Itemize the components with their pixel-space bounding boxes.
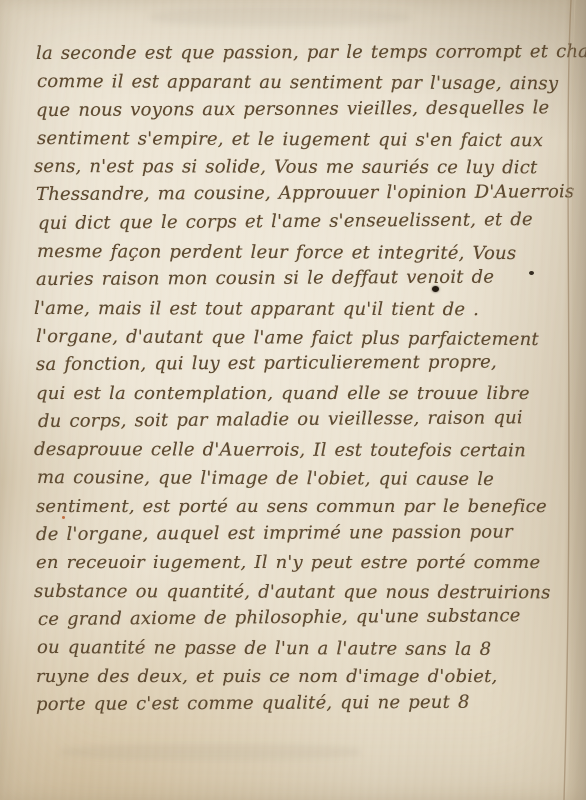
ink-speck (529, 271, 534, 275)
manuscript-line: qui dict que le corps et l'ame s'enseuel… (38, 206, 572, 238)
verso-show-through (150, 8, 410, 26)
manuscript-line: sa fonction, qui luy est particulieremen… (36, 348, 570, 379)
manuscript-line: desaprouue celle d'Auerrois, Il est tout… (34, 436, 568, 466)
manuscript-line: ruyne des deux, et puis ce nom d'image d… (36, 663, 570, 691)
manuscript-line: sentiment s'empire, et le iugement qui s… (37, 125, 571, 156)
verso-show-through (60, 744, 360, 760)
handwritten-text-block: la seconde est que passion, par le temps… (36, 40, 570, 719)
page-right-edge-shadow (564, 0, 586, 800)
manuscript-line: ce grand axiome de philosophie, qu'une s… (38, 602, 572, 634)
manuscript-line: ma cousine, que l'image de l'obiet, qui … (37, 464, 571, 495)
manuscript-line: en receuoir iugement, Il n'y peut estre … (36, 549, 570, 577)
manuscript-line: l'ame, mais il est tout apparant qu'il t… (34, 295, 568, 325)
manuscript-page: la seconde est que passion, par le temps… (0, 0, 586, 800)
red-speck (62, 516, 65, 519)
ink-blot (432, 286, 439, 292)
manuscript-line: que nous voyons aux personnes vieilles, … (36, 94, 570, 125)
manuscript-line: Thessandre, ma cousine, Approuuer l'opin… (36, 179, 570, 210)
manuscript-line: porte que c'est comme qualité, qui ne pe… (36, 688, 570, 719)
manuscript-line: la seconde est que passion, par le temps… (36, 38, 570, 68)
manuscript-line: de l'organe, auquel est imprimé une pass… (36, 518, 570, 549)
manuscript-line: auries raison mon cousin si le deffaut v… (36, 264, 570, 295)
manuscript-line: du corps, soit par maladie ou vieillesse… (38, 404, 572, 436)
manuscript-line: ou quantité ne passe de l'un a l'autre s… (37, 634, 571, 665)
manuscript-line: sentiment, est porté au sens commun par … (36, 493, 570, 521)
